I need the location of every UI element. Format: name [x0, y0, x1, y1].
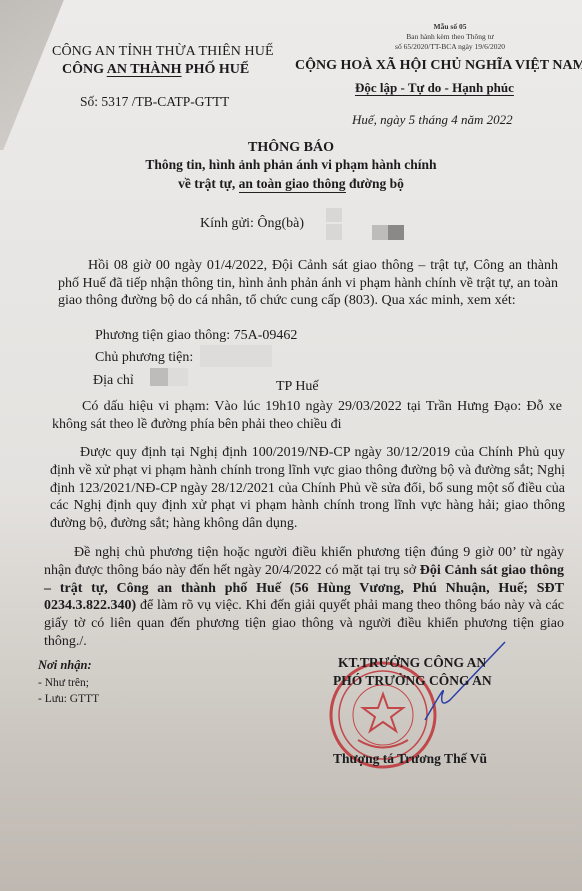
recipient-item: - Lưu: GTTT	[38, 693, 99, 705]
vehicle-plate: 75A-09462	[234, 328, 298, 343]
owner-label: Chủ phương tiện:	[95, 350, 193, 366]
form-number: Mẫu số 05	[360, 22, 540, 32]
document-page: Mẫu số 05 Ban hành kèm theo Thông tư số …	[0, 0, 582, 891]
subtitle-underlined: an toàn giao thông	[239, 176, 346, 193]
signature-title-1: KT.TRƯỞNG CÔNG AN	[338, 655, 486, 671]
document-subtitle-2: về trật tự, an toàn giao thông đường bộ	[0, 176, 582, 192]
subtitle-pre: về trật tự,	[178, 176, 239, 191]
address-city: TP Huế	[276, 379, 319, 395]
form-circular: số 65/2020/TT-BCA ngày 19/6/2020	[360, 42, 540, 52]
regulation-text: Được quy định tại Nghị định 100/2019/NĐ-…	[50, 445, 565, 531]
redaction-block	[372, 225, 388, 240]
vehicle-label: Phương tiện giao thông:	[95, 328, 234, 343]
redaction-block	[326, 208, 342, 222]
signature-title-2: PHÓ TRƯỞNG CÔNG AN	[333, 673, 492, 689]
intro-paragraph: Hồi 08 giờ 00 ngày 01/4/2022, Đội Cảnh s…	[58, 257, 558, 310]
redaction-block	[150, 368, 168, 386]
vehicle-line: Phương tiện giao thông: 75A-09462	[95, 328, 297, 344]
salutation: Kính gửi: Ông(bà)	[200, 216, 304, 232]
place-date: Huế, ngày 5 tháng 4 năm 2022	[352, 112, 513, 128]
request-paragraph: Đề nghị chủ phương tiện hoặc người điều …	[44, 544, 564, 651]
issuer-city: CÔNG AN THÀNH PHỐ HUẾ	[62, 62, 249, 78]
form-reference: Mẫu số 05 Ban hành kèm theo Thông tư số …	[360, 22, 540, 52]
recipient-item: - Như trên;	[38, 677, 89, 689]
issuer-city-prefix: CÔNG	[62, 62, 107, 77]
redaction-block	[200, 345, 272, 367]
subtitle-post: đường bộ	[346, 176, 404, 191]
issuer-province: CÔNG AN TỈNH THỪA THIÊN HUẾ	[52, 44, 274, 60]
country-name: CỘNG HOÀ XÃ HỘI CHỦ NGHĨA VIỆT NAM	[295, 58, 582, 74]
document-title: THÔNG BÁO	[0, 140, 582, 156]
address-label: Địa chỉ	[93, 373, 134, 389]
issuer-city-suffix: PHỐ HUẾ	[182, 62, 250, 77]
form-issued-with: Ban hành kèm theo Thông tư	[360, 32, 540, 42]
redaction-block	[388, 225, 404, 240]
redaction-block	[326, 224, 342, 240]
document-subtitle-1: Thông tin, hình ảnh phản ánh vi phạm hàn…	[0, 157, 582, 173]
regulation-paragraph: Được quy định tại Nghị định 100/2019/NĐ-…	[50, 444, 565, 533]
violation-text: Có dấu hiệu vi phạm: Vào lúc 19h10 ngày …	[52, 399, 562, 432]
intro-text: Hồi 08 giờ 00 ngày 01/4/2022, Đội Cảnh s…	[58, 258, 558, 308]
issuer-city-underlined: AN THÀNH	[107, 62, 182, 77]
recipients-label: Nơi nhận:	[38, 658, 92, 673]
document-number: Số: 5317 /TB-CATP-GTTT	[80, 94, 229, 110]
redaction-block	[168, 368, 188, 386]
signer-name: Thượng tá Trương Thế Vũ	[333, 751, 487, 767]
national-motto: Độc lập - Tự do - Hạnh phúc	[355, 80, 514, 96]
violation-paragraph: Có dấu hiệu vi phạm: Vào lúc 19h10 ngày …	[52, 398, 562, 433]
